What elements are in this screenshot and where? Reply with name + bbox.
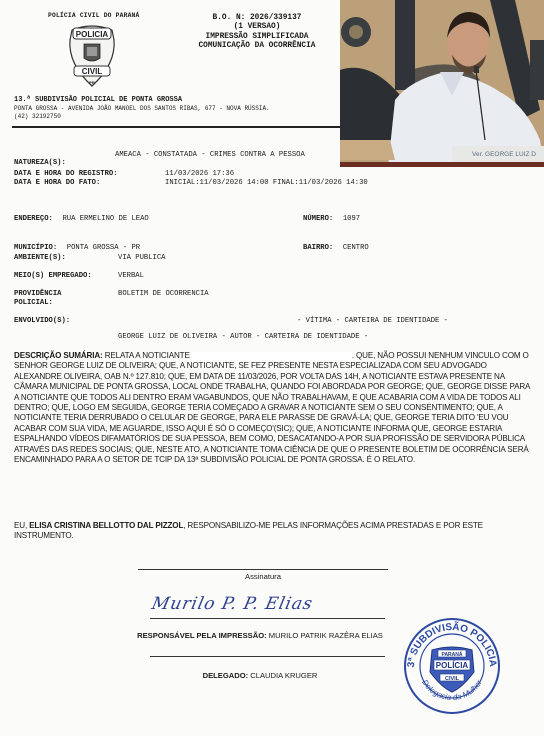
description-intro: RELATA A NOTICIANTE [105,351,190,360]
bo-version: (1 VERSAO) [193,23,321,32]
redacted-name [192,352,352,360]
stamp-badge-mid: POLÍCIA [436,661,469,670]
printer-signature-line [150,618,385,619]
meio-label: MEIO(S) EMPREGADO: [14,272,92,280]
endereco-row: ENDEREÇO: RUA ERMELINO DE LEAO [14,207,149,225]
signature-line [138,569,388,570]
bo-header: B.O. N: 2026/339137 (1 VERSAO) IMPRESSÃO… [193,14,321,51]
delegado-name: CLAUDIA KRUGER [250,671,317,680]
printer-label: RESPONSÁVEL PELA IMPRESSÃO: [137,631,267,640]
handwritten-signature: Murilo P. P. Elias [150,594,354,614]
registro-value: 11/03/2026 17:36 [165,170,234,178]
fato-label: DATA E HORA DO FATO: [14,179,100,187]
envolvido-author: GEORGE LUIZ DE OLIVEIRA - AUTOR - CARTEI… [118,333,368,341]
police-unit: 13.ª SUBDIVISÃO POLICIAL DE PONTA GROSSA [14,96,182,104]
bo-number: B.O. N: 2026/339137 [193,14,321,23]
numero-row: NÚMERO: 1097 [303,207,360,225]
numero-label: NÚMERO: [303,215,333,223]
delegado-signature-line [150,656,385,657]
unit-address: PONTA GROSSA - AVENIDA JOÃO MANOEL DOS S… [14,105,270,112]
stamp-badge-top: PARANÁ [441,651,462,658]
endereco-label: ENDEREÇO: [14,215,53,223]
bairro-row: BAIRRO: CENTRO [303,236,369,254]
delegado: DELEGADO: CLAUDIA KRUGER [110,671,410,680]
print-type: IMPRESSÃO SIMPLIFICADA [193,33,321,42]
bairro-label: BAIRRO: [303,244,333,252]
signature-caption: Assinatura [138,572,388,581]
municipio-value: PONTA GROSSA - PR [67,244,140,252]
endereco-value: RUA ERMELINO DE LEAO [62,215,148,223]
bairro-value: CENTRO [343,244,369,252]
description-block: DESCRIÇÃO SUMÁRIA: RELATA A NOTICIANTE .… [14,351,532,465]
councilman-photo: Ver. GEORGE LUIZ D [340,0,544,167]
ambiente-label: AMBIENTE(S): [14,254,66,262]
stamp-badge-bottom: CIVIL [445,676,460,682]
municipio-label: MUNICÍPIO: [14,244,57,252]
municipio-row: MUNICÍPIO: PONTA GROSSA - PR [14,236,140,254]
badge-top-text: POLICIA [76,30,109,39]
police-badge-logo: POLICIA CIVIL PR [64,20,120,90]
providencia-value: BOLETIM DE OCORRENCIA [118,290,209,298]
nameplate: Ver. GEORGE LUIZ D [452,146,544,163]
providencia-label: PROVIDÊNCIA [14,290,61,298]
numero-value: 1097 [343,215,360,223]
delegado-label: DELEGADO: [203,671,249,680]
ambiente-value: VIA PUBLICA [118,254,165,262]
photo-illustration [340,0,544,167]
desk-edge [340,162,544,167]
fato-value: INICIAL:11/03/2026 14:00 FINAL:11/03/202… [165,179,368,187]
printer-name: MURILO PATRIK RAZÊRA ELIAS [269,631,383,640]
header-divider [12,126,344,128]
declaration: EU, ELISA CRISTINA BELLOTTO DAL PIZZOL, … [14,521,532,542]
declarant-name: ELISA CRISTINA BELLOTTO DAL PIZZOL [29,521,183,530]
badge-state-text: PR [89,80,95,85]
registro-label: DATA E HORA DO REGISTRO: [14,170,118,178]
meio-value: VERBAL [118,272,144,280]
providencia-label-2: POLICIAL: [14,299,53,307]
unit-phone: (42) 32192750 [14,113,61,120]
doc-type: COMUNICAÇÃO DA OCORRÊNCIA [193,42,321,51]
envolvido-victim: - VÍTIMA - CARTEIRA DE IDENTIDADE - [297,317,448,325]
envolvidos-label: ENVOLVIDO(S): [14,317,70,325]
printer-responsible: RESPONSÁVEL PELA IMPRESSÃO: MURILO PATRI… [110,631,410,640]
agency-name: POLÍCIA CIVIL DO PARANÁ [48,12,140,19]
official-stamp: 13ª SUBDIVISÃO POLICIAL Delegacia da Mul… [402,616,502,716]
natureza-label: NATUREZA(S): [14,159,66,167]
description-text: . QUE, NÃO POSSUI NENHUM VINCULO COM O S… [14,351,530,464]
description-label: DESCRIÇÃO SUMÁRIA: [14,351,103,360]
badge-bottom-text: CIVIL [82,67,103,76]
natureza-value: AMEACA - CONSTATADA - CRIMES CONTRA A PE… [115,151,305,159]
declaration-prefix: EU, [14,521,27,530]
natureza-row: NATUREZA(S): [14,151,66,169]
